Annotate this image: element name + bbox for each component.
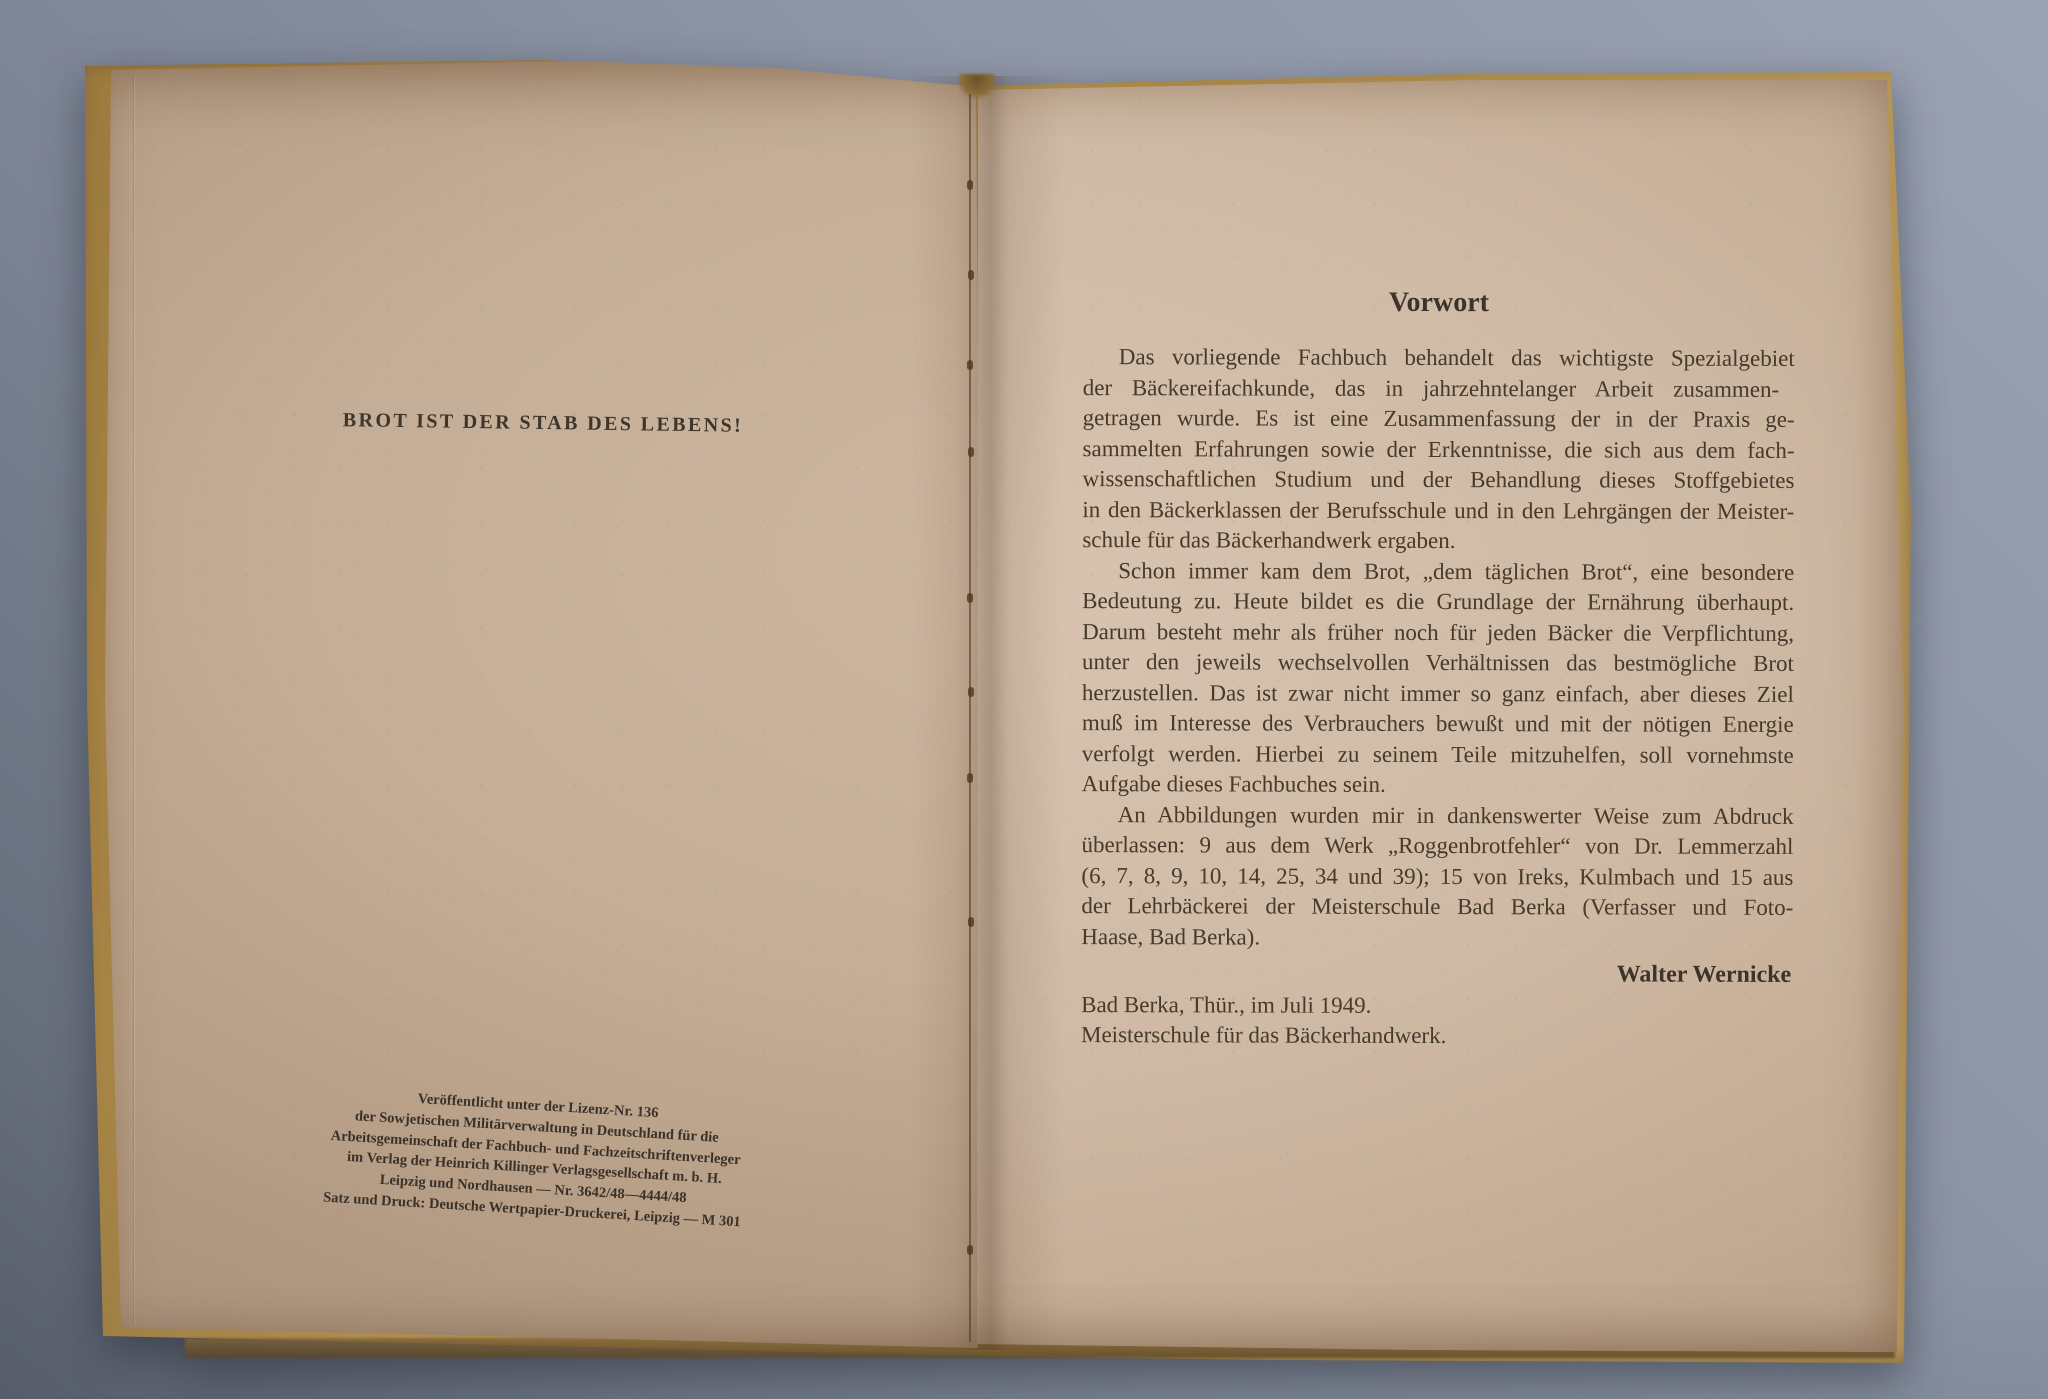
text-line: schule für das Bäckerhandwerk ergaben. (1082, 525, 1794, 557)
closing-place-date: Bad Berka, Thür., im Juli 1949. (1081, 990, 1793, 1022)
stitch-knot (968, 687, 974, 697)
text-line-content: muß im Interesse des Verbrauchers bewußt… (1082, 710, 1794, 737)
text-line: muß im Interesse des Verbrauchers bewußt… (1082, 708, 1794, 740)
text-line-content: getragen wurde. Es ist eine Zusammenfass… (1083, 405, 1795, 432)
text-line-content: wissenschaftlichen Studium und der Behan… (1082, 466, 1794, 493)
stitch-knot (968, 447, 974, 457)
text-line-content: sammelten Erfahrungen sowie der Erkenntn… (1083, 436, 1795, 463)
text-line: der Bäckereifachkunde, das in jahrzehnte… (1083, 373, 1795, 405)
text-line-content: Aufgabe dieses Fachbuches sein. (1082, 771, 1386, 797)
text-line: der Lehrbäckerei der Meisterschule Bad B… (1081, 891, 1793, 923)
text-line-content: Das vorliegende Fachbuch behandelt das w… (1119, 344, 1795, 371)
text-line-content: Haase, Bad Berka). (1081, 924, 1260, 949)
text-line: Haase, Bad Berka). (1081, 922, 1793, 954)
text-line: Bedeutung zu. Heute bildet es die Grundl… (1082, 586, 1794, 618)
text-line: unter den jeweils wechselvollen Verhältn… (1082, 647, 1794, 679)
text-line: wissenschaftlichen Studium und der Behan… (1082, 464, 1794, 496)
text-line-content: herzustellen. Das ist zwar nicht immer s… (1082, 680, 1794, 707)
binding-stitch-line (969, 94, 971, 1342)
stitch-knot (967, 1245, 973, 1255)
stitch-knot (967, 773, 973, 783)
text-line-content: Darum besteht mehr als früher noch für j… (1082, 619, 1794, 646)
stitch-knot (967, 180, 973, 190)
photo-background: BROT IST DER STAB DES LEBENS! Veröffentl… (0, 0, 2048, 1399)
preface-text-column: Vorwort Das vorliegende Fachbuch behande… (1081, 285, 1795, 1052)
text-line: Darum besteht mehr als früher noch für j… (1082, 617, 1794, 649)
text-line: herzustellen. Das ist zwar nicht immer s… (1082, 678, 1794, 710)
text-line: Schon immer kam dem Brot, „dem täglichen… (1082, 556, 1794, 588)
text-line: sammelten Erfahrungen sowie der Erkenntn… (1083, 434, 1795, 466)
text-line-content: überlassen: 9 aus dem Werk „Roggenbrotfe… (1082, 832, 1794, 859)
closing-block: Bad Berka, Thür., im Juli 1949. Meisters… (1081, 990, 1793, 1052)
text-line-content: der Lehrbäckerei der Meisterschule Bad B… (1081, 893, 1793, 920)
stitch-knot (967, 593, 973, 603)
text-line-content: der Bäckereifachkunde, das in jahrzehnte… (1083, 375, 1779, 402)
text-line: in den Bäckerklassen der Berufsschule un… (1082, 495, 1794, 527)
stitch-knot (967, 360, 973, 370)
text-line: (6, 7, 8, 9, 10, 14, 25, 34 und 39); 15 … (1081, 861, 1793, 893)
stitch-knot (968, 270, 974, 280)
text-line-content: schule für das Bäckerhandwerk ergaben. (1082, 527, 1455, 553)
text-line: verfolgt werden. Hierbei zu seinem Teile… (1082, 739, 1794, 771)
text-line-content: Bedeutung zu. Heute bildet es die Grundl… (1082, 588, 1794, 615)
stitch-knot (968, 917, 974, 927)
gutter-notch (959, 74, 995, 100)
author-signature: Walter Wernicke (1081, 956, 1793, 992)
left-page-crease (133, 76, 134, 1324)
text-line-content: Schon immer kam dem Brot, „dem täglichen… (1118, 558, 1794, 585)
preface-heading: Vorwort (1083, 285, 1795, 321)
closing-institution: Meisterschule für das Bäckerhandwerk. (1081, 1020, 1793, 1052)
text-line: Aufgabe dieses Fachbuches sein. (1082, 769, 1794, 801)
open-book: BROT IST DER STAB DES LEBENS! Veröffentl… (75, 60, 1913, 1363)
text-line-content: An Abbildungen wurden mir in dankenswert… (1118, 802, 1794, 829)
text-line: An Abbildungen wurden mir in dankenswert… (1082, 800, 1794, 832)
text-line-content: verfolgt werden. Hierbei zu seinem Teile… (1082, 741, 1794, 768)
text-line-content: in den Bäckerklassen der Berufsschule un… (1082, 497, 1794, 524)
text-line: überlassen: 9 aus dem Werk „Roggenbrotfe… (1081, 830, 1793, 862)
text-line: getragen wurde. Es ist eine Zusammenfass… (1083, 403, 1795, 435)
text-line-content: unter den jeweils wechselvollen Verhältn… (1082, 649, 1794, 676)
text-line-content: (6, 7, 8, 9, 10, 14, 25, 34 und 39); 15 … (1081, 863, 1793, 890)
text-line: Das vorliegende Fachbuch behandelt das w… (1083, 342, 1795, 374)
